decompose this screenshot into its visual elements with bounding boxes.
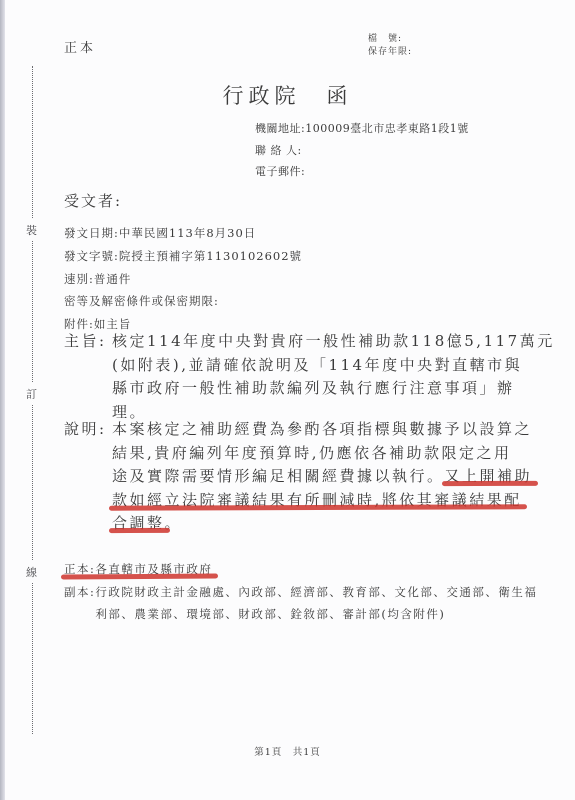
binding-mark-zhuang: 裝 (26, 222, 37, 238)
copy-recipients-line: 副本: 行政院財政主計金融處、內政部、經濟部、教育部、文化部、交通部、衛生福 利… (64, 581, 537, 625)
agency-info-block: 機關地址:100009臺北市忠孝東路1段1號 聯 絡 人: 電子郵件: (255, 118, 469, 183)
explanation-line: 款如經立法院審議結果有所刪減時,將依其審議結果配 (112, 489, 532, 513)
document-meta-block: 發文日期:中華民國113年8月30日 發文字號:院授主預補字第113010260… (64, 222, 302, 336)
subject-text: 核定114年度中央對貴府一般性補助款118億5,117萬元 (如附表),並請確依… (112, 330, 555, 424)
explanation-text: 本案核定之補助經費為參酌各項指標與數據予以設算之 結果,貴府編列年度預算時,仍應… (112, 418, 532, 536)
binding-mark-ding: 訂 (26, 386, 37, 402)
copy-recipients: 行政院財政主計金融處、內政部、經濟部、教育部、文化部、交通部、衛生福 利部、農業… (95, 581, 537, 625)
explanation-label: 說明: (64, 418, 112, 536)
document-title: 行政院 函 (0, 80, 575, 110)
security-classification: 密等及解密條件或保密期限: (64, 290, 302, 313)
original-recipients-line: 正本:各直轄市及縣市政府 (64, 558, 537, 580)
scanned-official-letter: 正本 檔 號: 保存年限: 行政院 函 機關地址:100009臺北市忠孝東路1段… (0, 0, 575, 800)
binding-dotted-line (32, 405, 33, 560)
subject-section: 主旨: 核定114年度中央對貴府一般性補助款118億5,117萬元 (如附表),… (64, 330, 555, 424)
priority: 速別:普通件 (64, 268, 302, 291)
copy-type-label: 正本 (64, 37, 96, 56)
page-number-footer: 第1頁 共1頁 (0, 744, 575, 758)
explanation-line: 合調整。 (112, 512, 532, 536)
original-label: 正本: (64, 562, 95, 576)
subject-line: (如附表),並請確依說明及「114年度中央對直轄市與 (112, 354, 555, 378)
copy-label: 副本: (64, 581, 95, 625)
issue-number: 發文字號:院授主預補字第1130102602號 (64, 245, 302, 268)
binding-dotted-line (32, 583, 33, 734)
distribution-block: 正本:各直轄市及縣市政府 副本: 行政院財政主計金融處、內政部、經濟部、教育部、… (64, 558, 537, 625)
binding-dotted-line (32, 241, 33, 382)
explanation-line: 結果,貴府編列年度預算時,仍應依各補助款限定之用 (112, 442, 532, 466)
subject-label: 主旨: (64, 330, 112, 424)
red-underlined-text: 又上開補助 (445, 467, 533, 485)
red-underlined-text: 款如經立法院審議結果有所刪減時,將依其審議結果配 (112, 491, 522, 509)
scan-edge-shadow (0, 0, 5, 800)
original-recipients: 各直轄市及縣市政府 (95, 562, 212, 576)
subject-line: 核定114年度中央對貴府一般性補助款118億5,117萬元 (112, 330, 555, 354)
binding-mark-xian: 線 (26, 564, 37, 580)
contact-person-label: 聯 絡 人: (255, 140, 469, 162)
binding-dotted-line (32, 66, 33, 218)
retention-period-label: 保存年限: (368, 46, 412, 59)
agency-address: 機關地址:100009臺北市忠孝東路1段1號 (255, 118, 469, 140)
recipient-label: 受文者: (64, 190, 122, 211)
subject-line: 縣市政府一般性補助款編列及執行應行注意事項」辦 (112, 377, 555, 401)
explanation-line: 途及實際需要情形編足相關經費據以執行。又上開補助 (112, 465, 532, 489)
red-underlined-text: 正本:各直轄市及縣市政府 (64, 562, 212, 576)
red-underlined-text: 合調整 (112, 514, 165, 532)
issue-date: 發文日期:中華民國113年8月30日 (64, 222, 302, 245)
explanation-section: 說明: 本案核定之補助經費為參酌各項指標與數據予以設算之 結果,貴府編列年度預算… (64, 418, 532, 536)
explanation-line: 本案核定之補助經費為參酌各項指標與數據予以設算之 (112, 418, 532, 442)
file-number-block: 檔 號: 保存年限: (368, 33, 412, 59)
file-number-label: 檔 號: (368, 33, 412, 46)
email-label: 電子郵件: (255, 161, 469, 183)
